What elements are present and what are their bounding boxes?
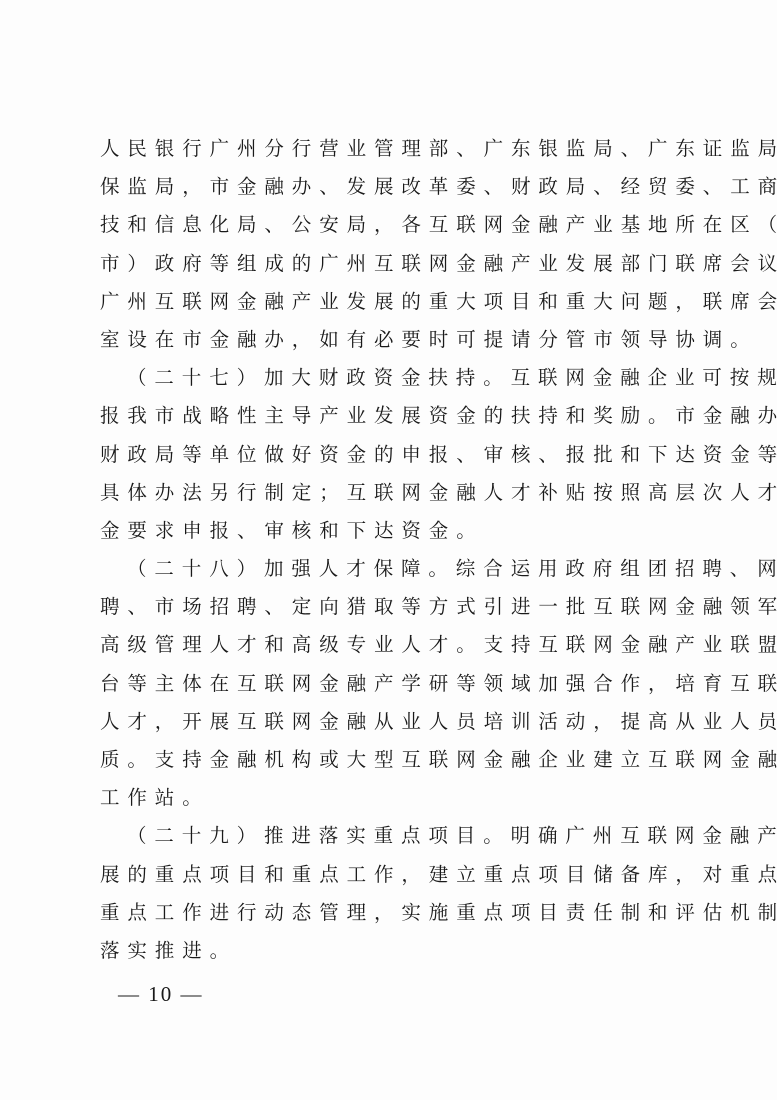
paragraph-item-27: （二十七）加大财政资金扶持。互联网金融企业可按规定申 报我市战略性主导产业发展资… [100, 359, 690, 550]
text-line: 落实推进。 [100, 932, 690, 970]
text-line: 工作站。 [100, 779, 690, 817]
text-line: （二十七）加大财政资金扶持。互联网金融企业可按规定申 [100, 359, 690, 397]
page-number: — 10 — [118, 982, 204, 1007]
text-line: （二十八）加强人才保障。综合运用政府组团招聘、网络招 [100, 550, 690, 588]
text-line: 高级管理人才和高级专业人才。支持互联网金融产业联盟服务平 [100, 626, 690, 664]
text-line: 室设在市金融办，如有必要时可提请分管市领导协调。 [100, 321, 690, 359]
text-line: 重点工作进行动态管理，实施重点项目责任制和评估机制，确保 [100, 894, 690, 932]
text-line: 市）政府等组成的广州互联网金融产业发展部门联席会议，研究 [100, 245, 690, 283]
paragraph-item-28: （二十八）加强人才保障。综合运用政府组团招聘、网络招 聘、市场招聘、定向猎取等方… [100, 550, 690, 817]
document-body: 人民银行广州分行营业管理部、广东银监局、广东证监局、广东 保监局，市金融办、发展… [100, 130, 690, 970]
text-line: （二十九）推进落实重点项目。明确广州互联网金融产业发 [100, 817, 690, 855]
text-line: 人才，开展互联网金融从业人员培训活动，提高从业人员综合素 [100, 703, 690, 741]
text-line: 报我市战略性主导产业发展资金的扶持和奖励。市金融办会同市 [100, 397, 690, 435]
document-page: 人民银行广州分行营业管理部、广东银监局、广东证监局、广东 保监局，市金融办、发展… [0, 0, 777, 1100]
text-line: 台等主体在互联网金融产学研等领域加强合作，培育互联网金融 [100, 665, 690, 703]
text-line: 质。支持金融机构或大型互联网金融企业建立互联网金融博士后 [100, 741, 690, 779]
text-line: 聘、市场招聘、定向猎取等方式引进一批互联网金融领军人才、 [100, 588, 690, 626]
text-line: 具体办法另行制定；互联网金融人才补贴按照高层次人才专项资 [100, 474, 690, 512]
text-line: 技和信息化局、公安局，各互联网金融产业基地所在区（县级 [100, 206, 690, 244]
text-line: 人民银行广州分行营业管理部、广东银监局、广东证监局、广东 [100, 130, 690, 168]
text-line: 财政局等单位做好资金的申报、审核、报批和下达资金等工作， [100, 436, 690, 474]
paragraph-continuation: 人民银行广州分行营业管理部、广东银监局、广东证监局、广东 保监局，市金融办、发展… [100, 130, 690, 359]
text-line: 金要求申报、审核和下达资金。 [100, 512, 690, 550]
paragraph-item-29: （二十九）推进落实重点项目。明确广州互联网金融产业发 展的重点项目和重点工作，建… [100, 817, 690, 970]
text-line: 保监局，市金融办、发展改革委、财政局、经贸委、工商局、科 [100, 168, 690, 206]
text-line: 广州互联网金融产业发展的重大项目和重大问题，联席会议办公 [100, 283, 690, 321]
text-line: 展的重点项目和重点工作，建立重点项目储备库，对重点项目和 [100, 856, 690, 894]
